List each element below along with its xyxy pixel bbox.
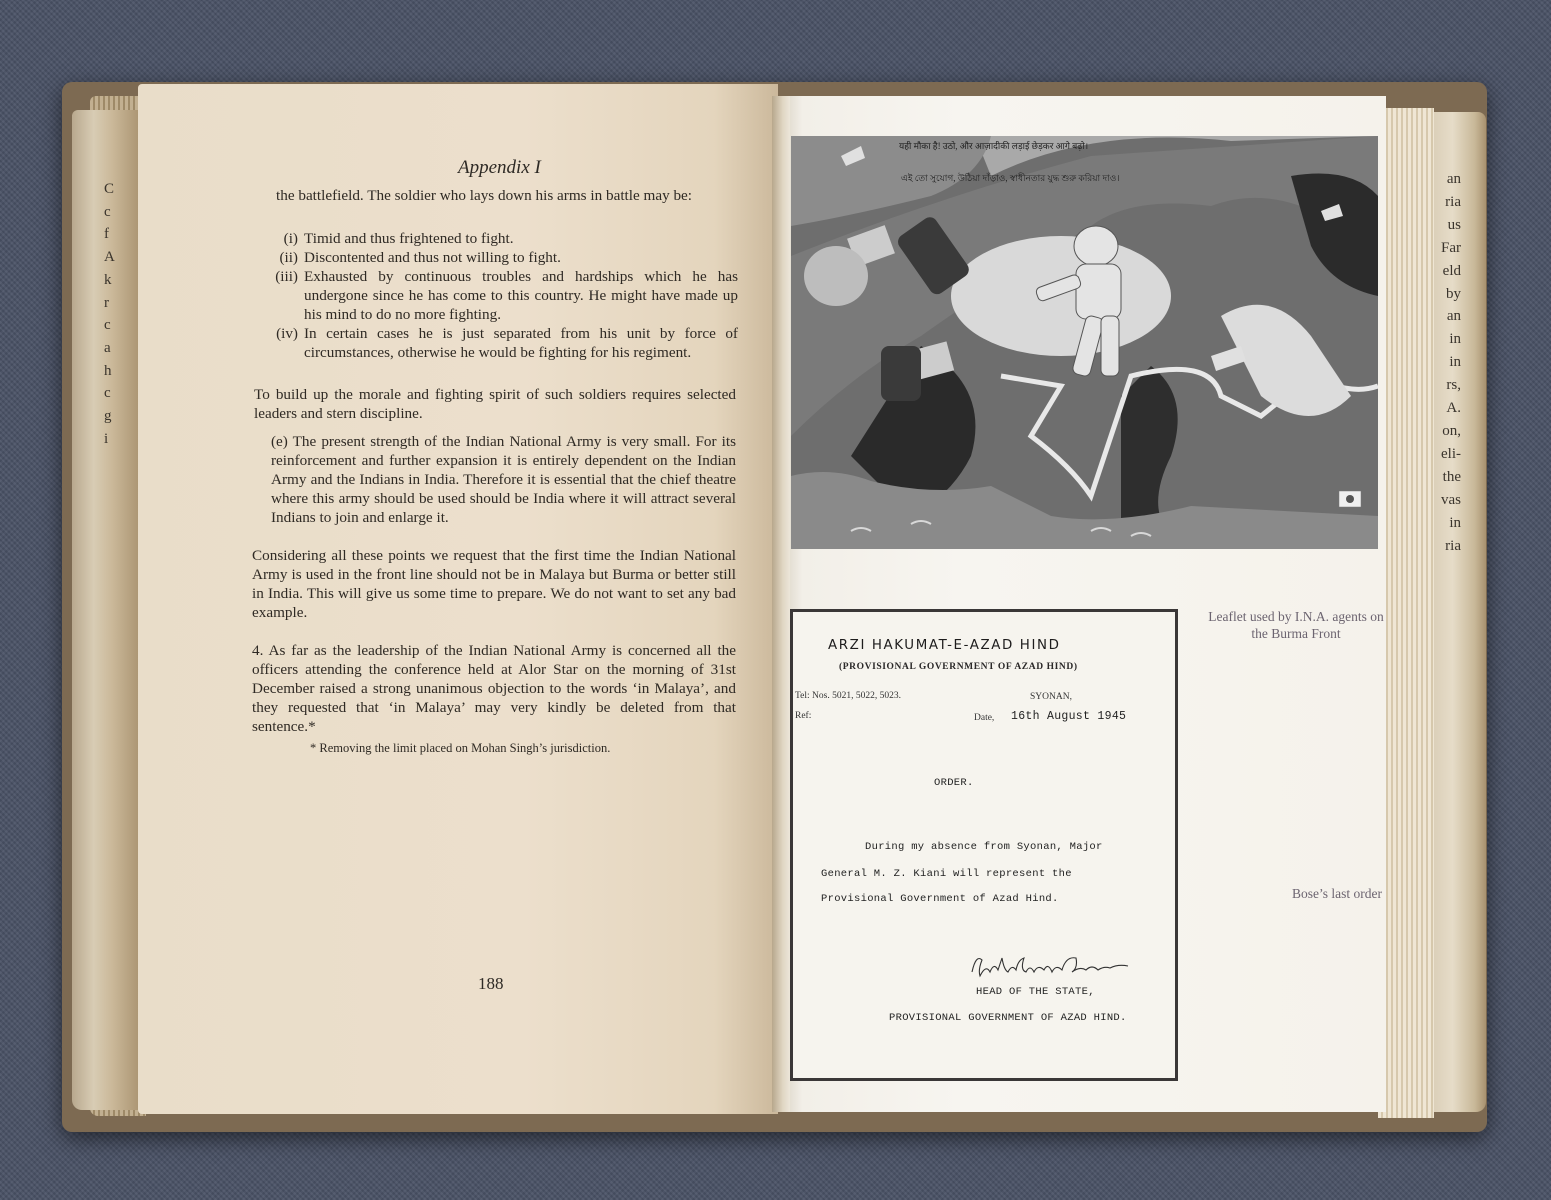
order-body-line: Provisional Government of Azad Hind. <box>821 893 1059 905</box>
signatory-title: HEAD OF THE STATE, <box>976 986 1095 998</box>
right-edge-fragments: an ria us Far eld by an in in rs, A. on,… <box>1437 168 1461 557</box>
signature-image: Subhas Chandra Bose <box>968 950 1138 982</box>
order-body-line: General M. Z. Kiani will represent the <box>821 868 1072 880</box>
leaflet-cartoon-image: यही मौका है! उठो, और आज़ादीकी लड़ाई छेड़… <box>791 136 1378 549</box>
order-body-line: During my absence from Syonan, Major <box>865 841 1103 853</box>
signatory-organisation: PROVISIONAL GOVERNMENT OF AZAD HIND. <box>889 1012 1127 1024</box>
intro-paragraph: the battlefield. The soldier who lays do… <box>276 186 738 205</box>
order-heading: ORDER. <box>934 777 974 789</box>
considering-paragraph: Considering all these points we request … <box>252 546 736 622</box>
order-document: ARZI HAKUMAT-E-AZAD HIND (PROVISIONAL GO… <box>790 609 1178 1081</box>
page-number: 188 <box>478 974 504 994</box>
paragraph-4: 4. As far as the leadership of the India… <box>252 641 736 736</box>
running-head: Appendix I <box>458 157 541 179</box>
numbered-list: (i) Timid and thus frightened to fight. … <box>250 229 738 362</box>
leaflet-caption: Leaflet used by I.N.A. agents on the Bur… <box>1208 609 1384 642</box>
date-value: 16th August 1945 <box>1011 710 1126 723</box>
right-page-stack <box>1378 108 1434 1118</box>
svg-text:यही मौका है! उठो, और आज़ादीकी: यही मौका है! उठो, और आज़ादीकी लड़ाई छेड़… <box>899 140 1088 151</box>
left-edge-fragments: C c f A k r c a h c g i <box>104 178 134 448</box>
order-caption: Bose’s last order <box>1262 886 1382 903</box>
list-item: (iii) Exhausted by continuous troubles a… <box>250 267 738 324</box>
paragraph-e: (e) The present strength of the Indian N… <box>254 432 736 527</box>
letterhead-subtitle: (PROVISIONAL GOVERNMENT OF AZAD HIND) <box>839 662 1078 672</box>
book-gutter <box>772 96 790 1112</box>
propaganda-leaflet-illustration: यही मौका है! उठो, और आज़ादीकी लड़ाई छेड़… <box>791 136 1378 549</box>
list-item: (i) Timid and thus frightened to fight. <box>250 229 738 248</box>
footnote: * Removing the limit placed on Mohan Sin… <box>310 741 610 756</box>
reference-label: Ref: <box>795 711 811 721</box>
list-item: (ii) Discontented and thus not willing t… <box>250 248 738 267</box>
list-item: (iv) In certain cases he is just separat… <box>250 324 738 362</box>
place-label: SYONAN, <box>1030 692 1072 702</box>
svg-text:এই তো সুযোগ, উঠিয়া দাঁড়াও, স: এই তো সুযোগ, উঠিয়া দাঁড়াও, স্বাধীনতার … <box>901 172 1120 184</box>
telephone-numbers: Tel: Nos. 5021, 5022, 5023. <box>795 691 901 701</box>
date-label: Date, <box>974 713 994 723</box>
letterhead-title: ARZI HAKUMAT-E-AZAD HIND <box>828 638 1061 653</box>
morale-paragraph: To build up the morale and fighting spir… <box>254 385 736 423</box>
